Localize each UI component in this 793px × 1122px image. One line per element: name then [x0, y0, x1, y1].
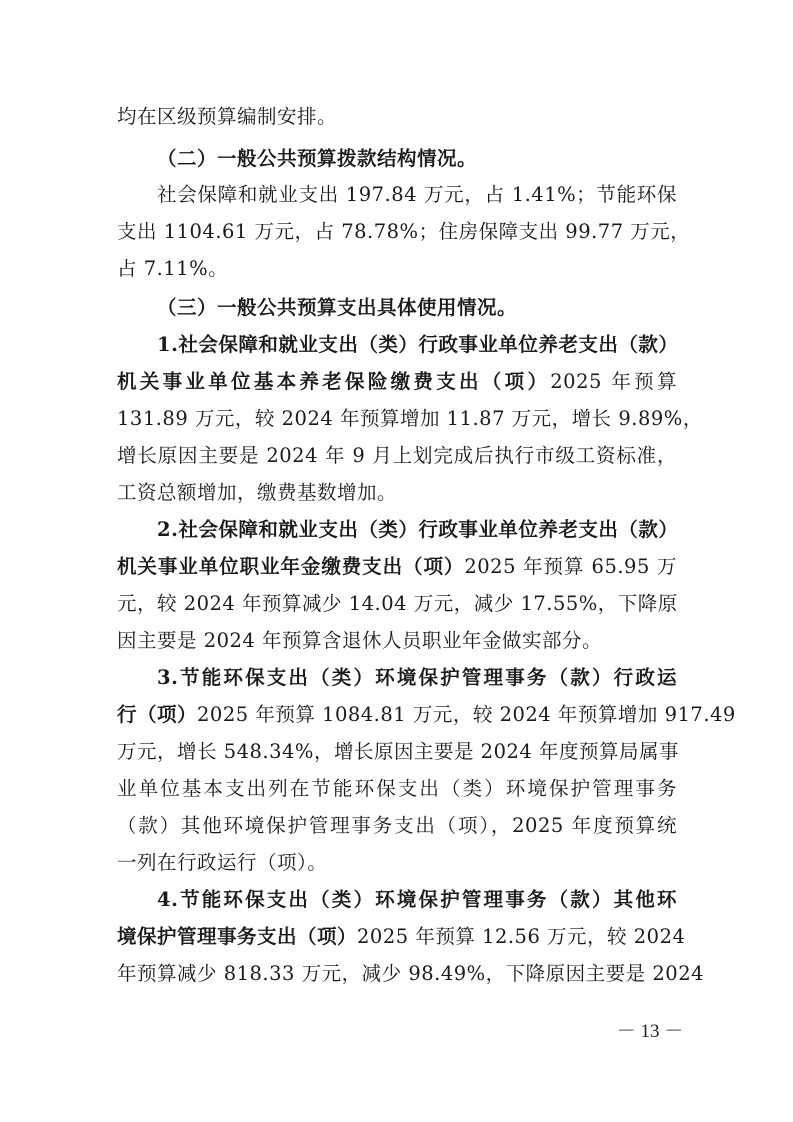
page-number: － 13 － [615, 1016, 685, 1043]
paragraph-line: 行（项）2025 年预算 1084.81 万元，较 2024 年预算增加 917… [117, 696, 677, 733]
section-heading-3: （三）一般公共预算支出具体使用情况。 [157, 289, 677, 326]
paragraph-line: 万元，增长 548.34%，增长原因主要是 2024 年度预算局属事 [117, 733, 677, 770]
paragraph-line: 支出 1104.61 万元，占 78.78%；住房保障支出 99.77 万元， [117, 213, 677, 250]
paragraph-line: 131.89 万元，较 2024 年预算增加 11.87 万元，增长 9.89%… [117, 400, 677, 437]
item-4-title: 4.节能环保支出（类）环境保护管理事务（款）其他环 [157, 881, 677, 918]
section-heading-2: （二）一般公共预算拨款结构情况。 [157, 140, 677, 177]
item-1-title: 1.社会保障和就业支出（类）行政事业单位养老支出（款） [157, 326, 677, 363]
paragraph-line: 均在区级预算编制安排。 [117, 98, 677, 135]
paragraph-line: 一列在行政运行（项）。 [117, 844, 677, 881]
paragraph-line: 因主要是 2024 年预算含退休人员职业年金做实部分。 [117, 622, 677, 659]
paragraph-line: （款）其他环境保护管理事务支出（项），2025 年度预算统 [117, 807, 677, 844]
paragraph-line: 年预算减少 818.33 万元，减少 98.49%，下降原因主要是 2024 [117, 955, 677, 992]
paragraph-line: 境保护管理事务支出（项）2025 年预算 12.56 万元，较 2024 [117, 918, 677, 955]
paragraph-line: 机关事业单位基本养老保险缴费支出（项）2025 年预算 [117, 363, 677, 400]
document-page: 均在区级预算编制安排。 （二）一般公共预算拨款结构情况。 社会保障和就业支出 1… [0, 0, 793, 1122]
paragraph-line: 增长原因主要是 2024 年 9 月上划完成后执行市级工资标准， [117, 437, 677, 474]
paragraph-line: 元，较 2024 年预算减少 14.04 万元，减少 17.55%，下降原 [117, 585, 677, 622]
paragraph-line: 业单位基本支出列在节能环保支出（类）环境保护管理事务 [117, 770, 677, 807]
paragraph-line: 占 7.11%。 [117, 250, 677, 287]
item-3-title: 3.节能环保支出（类）环境保护管理事务（款）行政运 [157, 659, 677, 696]
paragraph-line: 工资总额增加，缴费基数增加。 [117, 474, 677, 511]
paragraph-line: 机关事业单位职业年金缴费支出（项）2025 年预算 65.95 万 [117, 548, 677, 585]
paragraph-line: 社会保障和就业支出 197.84 万元，占 1.41%；节能环保 [157, 176, 677, 213]
item-2-title: 2.社会保障和就业支出（类）行政事业单位养老支出（款） [157, 511, 677, 548]
